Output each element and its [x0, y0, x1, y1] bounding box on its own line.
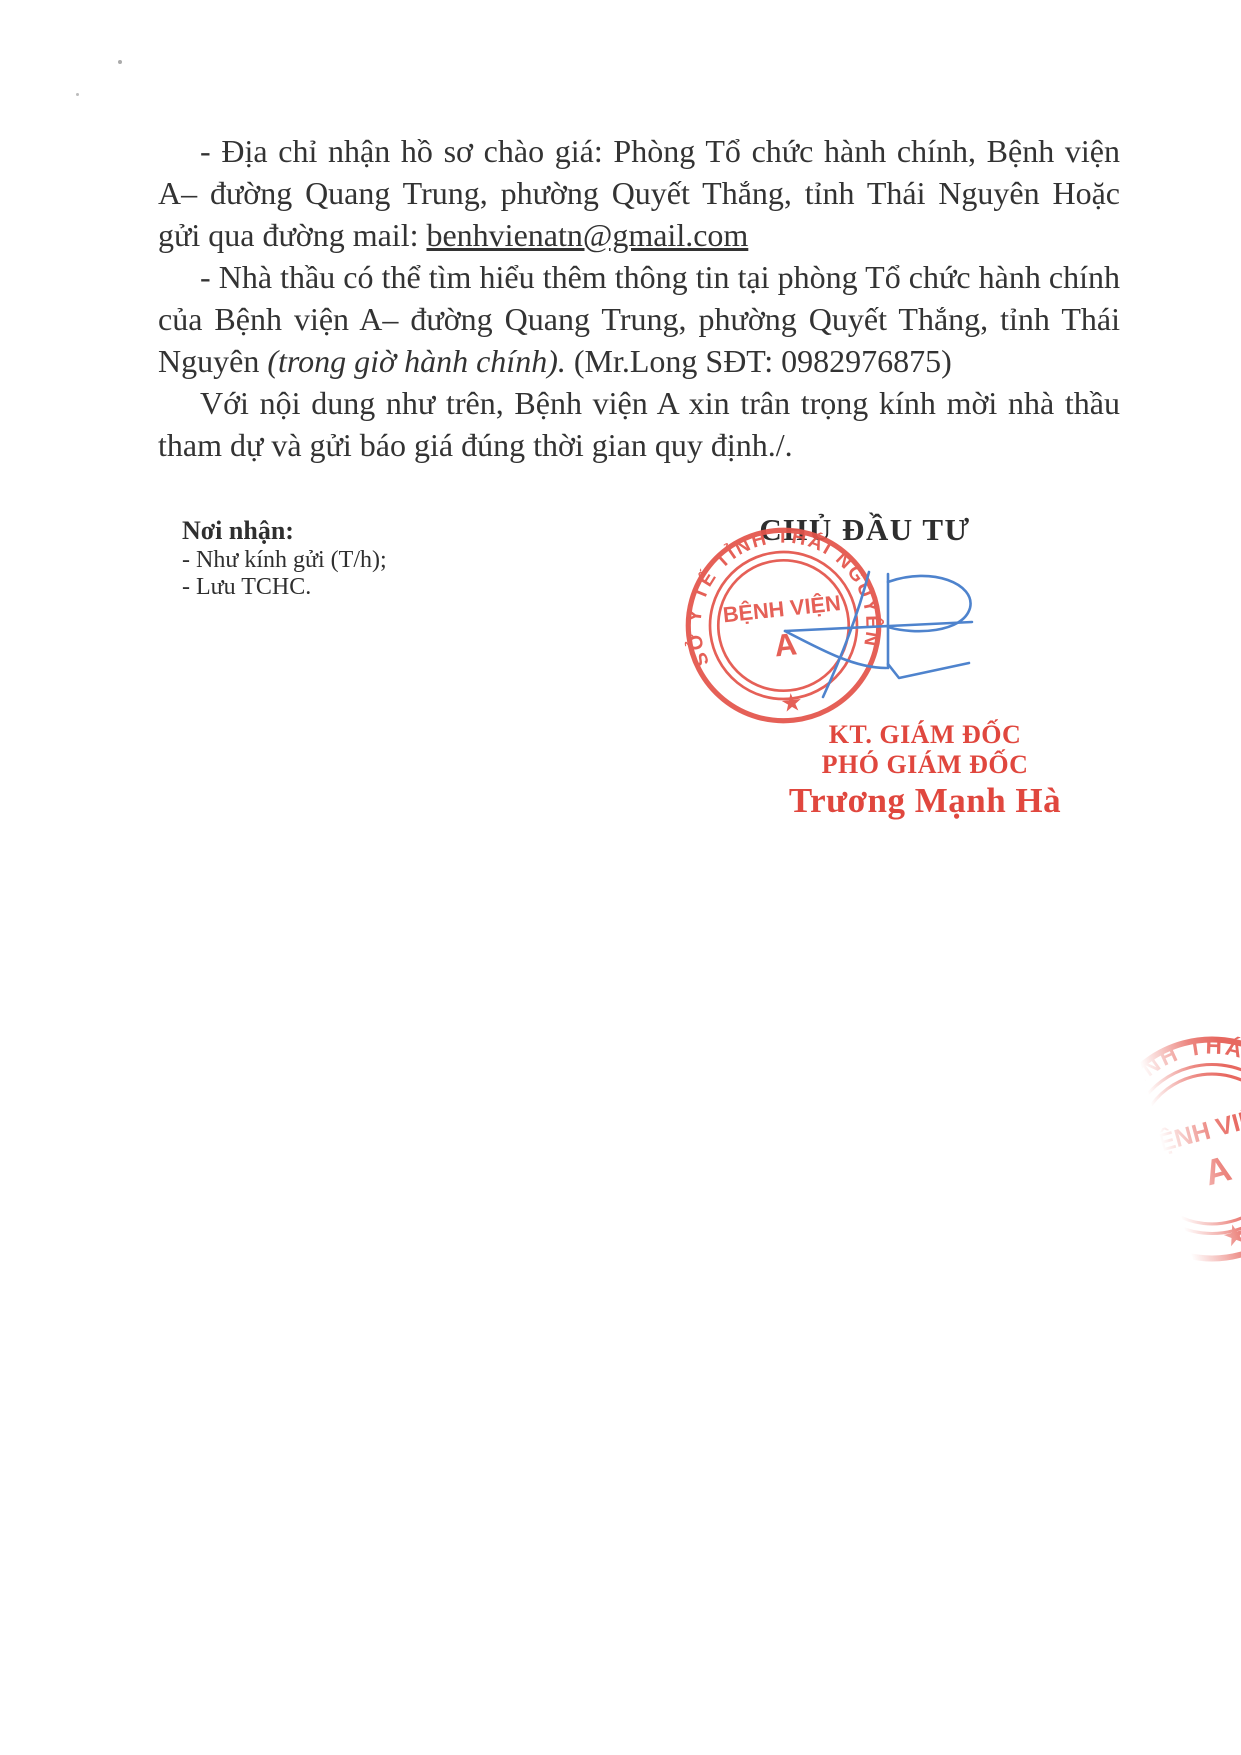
recipient-item: - Như kính gửi (T/h);	[182, 547, 387, 574]
signer-name: Trương Mạnh Hà	[770, 781, 1080, 821]
signature-flourish-stroke	[823, 572, 869, 697]
recipients-heading: Nơi nhận:	[182, 515, 387, 547]
paragraph-contact-info: - Nhà thầu có thể tìm hiểu thêm thông ti…	[158, 256, 1120, 382]
partial-edge-stamp: SỞ Y TẾ TỈNH THÁI NGUYÊN BỆNH VIỆN A ★	[1066, 1003, 1241, 1294]
signer-title-deputy: PHÓ GIÁM ĐỐC	[770, 750, 1080, 780]
scanned-letter-page: - Địa chỉ nhận hồ sơ chào giá: Phòng Tổ …	[0, 0, 1241, 1755]
email-link[interactable]: benhvienatn@gmail.com	[426, 217, 748, 253]
letter-body: - Địa chỉ nhận hồ sơ chào giá: Phòng Tổ …	[158, 130, 1120, 466]
signature-cross-stroke	[785, 622, 972, 631]
paragraph-address: - Địa chỉ nhận hồ sơ chào giá: Phòng Tổ …	[158, 130, 1120, 256]
signer-block: KT. GIÁM ĐỐC PHÓ GIÁM ĐỐC Trương Mạnh Hà	[770, 720, 1080, 821]
stamp-hospital-letter: A	[1200, 1148, 1235, 1193]
star-icon: ★	[1219, 1218, 1241, 1255]
scan-speck	[118, 60, 122, 64]
office-hours-note: (trong giờ hành chính).	[267, 343, 566, 379]
contact-phone: (Mr.Long SĐT: 0982976875)	[566, 343, 952, 379]
paragraph-closing: Với nội dung như trên, Bệnh viện A xin t…	[158, 382, 1120, 466]
recipient-item: - Lưu TCHC.	[182, 574, 387, 601]
recipients-block: Nơi nhận: - Như kính gửi (T/h); - Lưu TC…	[182, 515, 387, 601]
scan-speck	[76, 93, 79, 96]
signature-vee-stroke	[785, 631, 886, 668]
signature-tail-stroke	[888, 663, 969, 678]
handwritten-signature	[690, 545, 990, 715]
